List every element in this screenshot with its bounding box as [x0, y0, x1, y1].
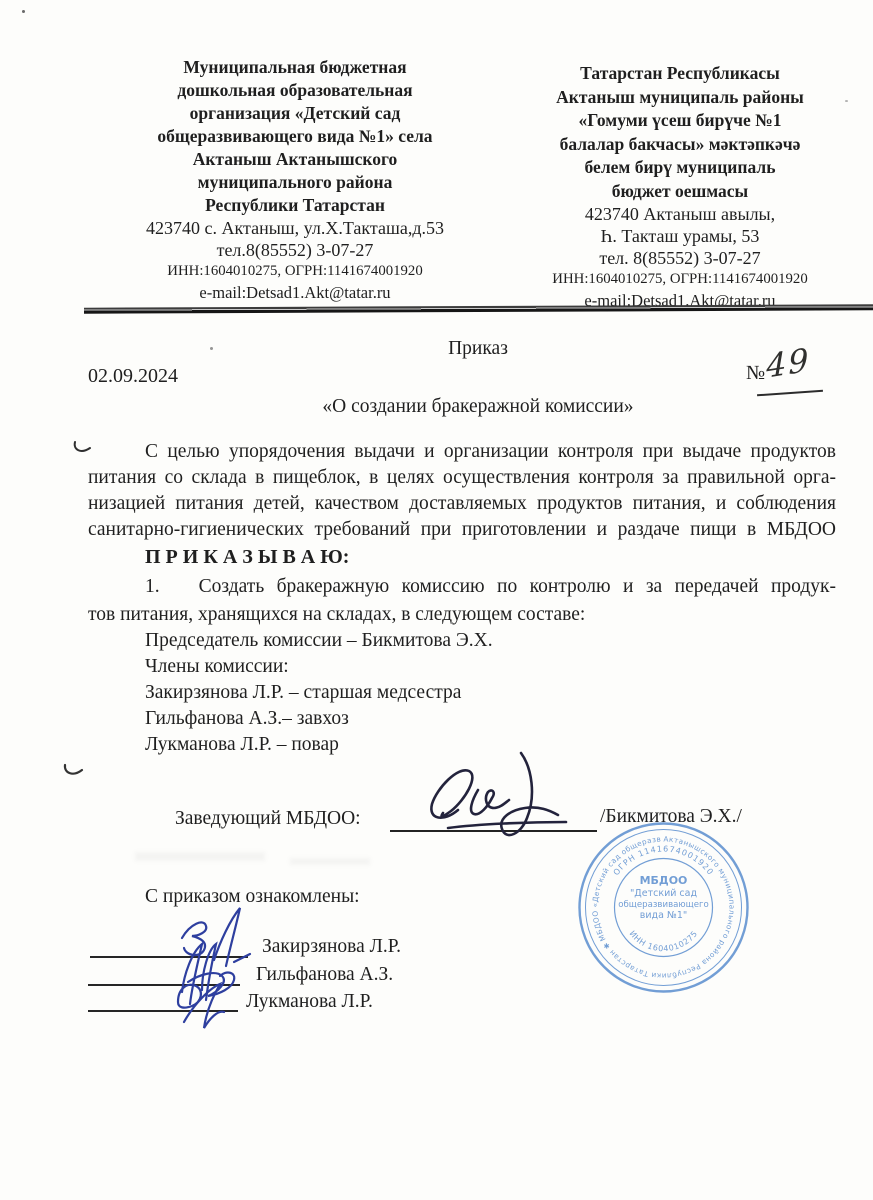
org-inn-ogrn: ИНН:1604010275, ОГРН:1141674001920 [98, 261, 492, 282]
signatory-title: Заведующий МБДОО: [175, 808, 361, 830]
stamp-center-line: вида №1" [640, 910, 687, 921]
commission-chair: Председатель комиссии – Бикмитова Э.Х. [145, 630, 493, 652]
body-line: питания со склада в пищеблок, в целях ос… [88, 467, 836, 489]
scanned-order-document: Муниципальная бюджетная дошкольная образ… [0, 0, 873, 1200]
org-name-line: бюджет оешмасы [488, 180, 872, 204]
stamp-center-line: общеразвивающего [618, 900, 709, 910]
body-line: низацией питания детей, качеством достав… [88, 493, 836, 515]
order-date: 02.09.2024 [88, 365, 178, 388]
commission-member: Гильфанова А.З.– завхоз [145, 708, 349, 730]
org-name-line: белем бирү муниципаль [488, 156, 872, 180]
order-number-handwritten: 49 [766, 340, 811, 385]
org-phone: тел.8(85552) 3-07-27 [98, 239, 492, 261]
org-address: 423740 с. Актаныш, ул.Х.Такташа,д.53 [98, 217, 492, 239]
document-title: Приказ [108, 338, 848, 360]
scan-speck [210, 347, 213, 350]
org-name-line: Муниципальная бюджетная [98, 56, 492, 79]
org-name-line: муниципального района [98, 171, 492, 194]
head-signature-ink [408, 748, 588, 844]
body-line: санитарно-гигиенических требований при п… [88, 519, 836, 541]
order-number-sign: № [746, 362, 765, 385]
stamp-center-line: МБДОО [640, 874, 688, 887]
member-signature-ink [166, 976, 266, 1036]
org-name-line: балалар бакчасы» мәктәпкәчә [488, 133, 872, 157]
resolution-word: П Р И К А З Ы В А Ю: [145, 546, 349, 569]
order-item-line: тов питания, хранящихся на складах, в сл… [88, 604, 836, 626]
scan-smudge [250, 478, 310, 484]
scan-speck [22, 10, 25, 13]
org-email: e-mail:Detsad1.Akt@tatar.ru [98, 282, 492, 303]
org-name-line: организация «Детский сад [98, 102, 492, 125]
letterhead-divider-line [84, 304, 873, 313]
pen-scan-mark [62, 762, 86, 780]
org-name-line: дошкольная образовательная [98, 79, 492, 102]
org-inn-ogrn: ИНН:1604010275, ОГРН:1141674001920 [488, 269, 872, 290]
acknowledgement-name: Закирзянова Л.Р. [262, 936, 401, 958]
order-item-line: 1. Создать бракеражную комиссию по контр… [88, 576, 836, 598]
scan-speck [845, 100, 848, 102]
order-subject: «О создании бракеражной комиссии» [108, 396, 848, 418]
org-name-line: «Гомуми үсеш бирүче №1 [488, 109, 872, 133]
org-name-line: Актаныш Актанышского [98, 148, 492, 171]
scan-smudge [290, 858, 370, 865]
org-address: Һ. Такташ урамы, 53 [488, 225, 872, 247]
letterhead-tatar: Татарстан Республикасы Актаныш муниципал… [488, 62, 872, 311]
org-name-line: Республики Татарстан [98, 194, 492, 217]
body-line: С целью упорядочения выдачи и организаци… [88, 441, 836, 463]
commission-member: Закирзянова Л.Р. – старшая медсестра [145, 682, 461, 704]
org-name-line: Татарстан Республикасы [488, 62, 872, 86]
commission-member: Лукманова Л.Р. – повар [145, 734, 339, 756]
org-name-line: общеразвивающего вида №1» села [98, 125, 492, 148]
org-phone: тел. 8(85552) 3-07-27 [488, 247, 872, 269]
letterhead-russian: Муниципальная бюджетная дошкольная образ… [98, 56, 492, 303]
org-address: 423740 Актаныш авылы, [488, 203, 872, 225]
pen-scan-mark [72, 438, 94, 456]
commission-members-label: Члены комиссии: [145, 656, 289, 678]
org-name-line: Актаныш муниципаль районы [488, 86, 872, 110]
organization-round-stamp: Актанышского муниципального района Респу… [576, 820, 751, 995]
scan-smudge [135, 852, 265, 861]
stamp-center-line: "Детский сад [630, 888, 698, 899]
